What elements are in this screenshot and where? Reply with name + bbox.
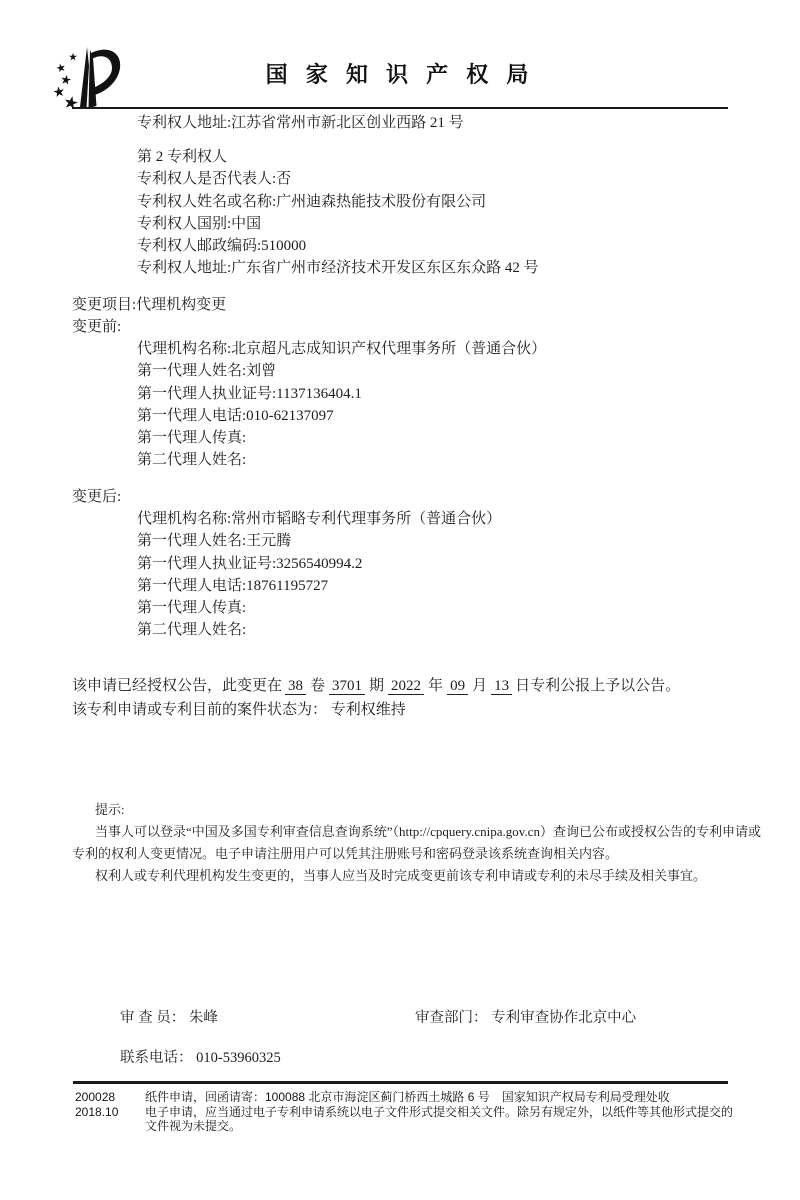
gazette-suffix: 日专利公报上予以公告。: [515, 678, 680, 694]
patentee-field-line: 专利权人姓名或名称:广州迪森热能技术股份有限公司: [137, 191, 539, 213]
second-patentee-block: 第 2 专利权人 专利权人是否代表人:否 专利权人姓名或名称:广州迪森热能技术股…: [137, 146, 539, 280]
agency-field-line: 代理机构名称:北京超凡志成知识产权代理事务所（普通合伙）: [137, 338, 546, 360]
footer-form-date: 2018.10: [75, 1105, 118, 1120]
gazette-prefix: 该申请已经授权公告，此变更在: [72, 678, 282, 694]
patentee-field-line: 专利权人地址:广东省广州市经济技术开发区东区东众路 42 号: [137, 257, 539, 279]
patentee-field-line: 专利权人邮政编码:510000: [137, 235, 539, 257]
footer-efiling-line: 电子申请，应当通过电子专利申请系统以电子文件形式提交相关文件。除另有规定外，以纸…: [145, 1105, 733, 1134]
gazette-day: 13: [491, 678, 512, 695]
gazette-year-unit: 年: [428, 678, 443, 694]
gazette-volume-unit: 卷: [310, 678, 325, 694]
gazette-month: 09: [447, 678, 468, 695]
gazette-volume: 38: [285, 678, 306, 695]
case-status-line: 该专利申请或专利目前的案件状态为： 专利权维持: [72, 699, 406, 721]
patentee-field-line: 专利权人是否代表人:否: [137, 168, 539, 190]
gazette-issue: 3701: [329, 678, 365, 695]
footer-paper-line: 纸件申请，回函请寄：100088 北京市海淀区蓟门桥西土城路 6 号 国家知识产…: [145, 1090, 733, 1105]
notice-title: 提示:: [95, 799, 125, 818]
footer-form-code: 200028: [75, 1090, 118, 1105]
examiner-line: 审 查 员： 朱峰: [120, 1006, 218, 1027]
agency-field-line: 代理机构名称:常州市韬略专利代理事务所（普通合伙）: [137, 508, 501, 530]
footer-rule: [73, 1081, 728, 1084]
notice-line: 专利的权利人变更情况。电子申请注册用户可以凭其注册账号和密码登录该系统查询相关内…: [72, 843, 618, 862]
patentee-field-line: 专利权人国别:中国: [137, 213, 539, 235]
phone-number: 010-53960325: [196, 1050, 281, 1066]
change-after-label: 变更后:: [72, 486, 121, 508]
agency-field-line: 第二代理人姓名:: [137, 619, 501, 641]
header-rule: [72, 107, 728, 109]
second-patentee-title: 第 2 专利权人: [137, 146, 539, 168]
notice-line: 权利人或专利代理机构发生变更的，当事人应当及时完成变更前该专利申请或专利的未尽手…: [95, 865, 706, 884]
agency-field-line: 第一代理人姓名:王元腾: [137, 530, 501, 552]
agency-field-line: 第一代理人电话:010-62137097: [137, 405, 546, 427]
footer-instructions: 纸件申请，回函请寄：100088 北京市海淀区蓟门桥西土城路 6 号 国家知识产…: [145, 1090, 733, 1134]
agency-field-line: 第一代理人执业证号:1137136404.1: [137, 383, 546, 405]
page-title: 国 家 知 识 产 权 局: [0, 58, 800, 89]
patent-notice-page: 国 家 知 识 产 权 局 专利权人地址:江苏省常州市新北区创业西路 21 号 …: [0, 0, 800, 1200]
contact-phone-line: 联系电话： 010-53960325: [120, 1046, 281, 1067]
gazette-year: 2022: [388, 678, 424, 695]
examiner-name: 朱峰: [189, 1010, 218, 1026]
gazette-line: 该申请已经授权公告，此变更在38卷3701期2022年09月13日专利公报上予以…: [72, 675, 680, 697]
department-line: 审查部门： 专利审查协作北京中心: [415, 1006, 636, 1027]
department-label: 审查部门：: [415, 1010, 488, 1026]
agency-field-line: 第一代理人传真:: [137, 597, 501, 619]
examiner-label: 审 查 员：: [120, 1010, 185, 1026]
patentee-address-prev-line: 专利权人地址:江苏省常州市新北区创业西路 21 号: [137, 112, 464, 134]
change-before-label: 变更前:: [72, 316, 226, 338]
change-after-block: 代理机构名称:常州市韬略专利代理事务所（普通合伙） 第一代理人姓名:王元腾 第一…: [137, 508, 501, 642]
change-before-block: 代理机构名称:北京超凡志成知识产权代理事务所（普通合伙） 第一代理人姓名:刘曾 …: [137, 338, 546, 472]
agency-field-line: 第一代理人执业证号:3256540994.2: [137, 553, 501, 575]
agency-field-line: 第一代理人电话:18761195727: [137, 575, 501, 597]
phone-label: 联系电话：: [120, 1050, 193, 1066]
change-item-block: 变更项目:代理机构变更 变更前:: [72, 294, 226, 339]
gazette-month-unit: 月: [472, 678, 487, 694]
gazette-issue-unit: 期: [369, 678, 384, 694]
change-item-line: 变更项目:代理机构变更: [72, 294, 226, 316]
department-name: 专利审查协作北京中心: [491, 1010, 636, 1026]
agency-field-line: 第一代理人传真:: [137, 427, 546, 449]
notice-line: 当事人可以登录“中国及多国专利审查信息查询系统”（http://cpquery.…: [95, 821, 761, 840]
agency-field-line: 第一代理人姓名:刘曾: [137, 360, 546, 382]
agency-field-line: 第二代理人姓名:: [137, 449, 546, 471]
footer-form-info: 200028 2018.10: [75, 1090, 118, 1119]
